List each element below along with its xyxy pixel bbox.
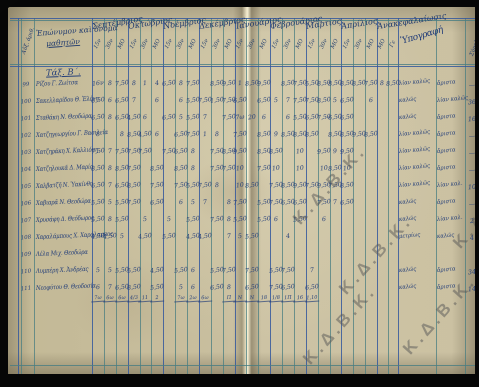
student-name: Σακελλαρίδου Θ. Ἑλένη xyxy=(36,94,99,105)
row-number: 105 xyxy=(18,183,35,191)
conduct-cell: καλῶς xyxy=(399,283,417,290)
student-name: Ρίζου Γ. Ζωίτσα xyxy=(36,78,78,88)
total-cell: 2 xyxy=(150,295,164,303)
column-rule xyxy=(151,18,152,374)
column-rule xyxy=(163,18,164,374)
student-name: Σταθάκη Ν. Θεοδώρα xyxy=(36,112,92,122)
row-number: 107 xyxy=(18,217,35,225)
column-rule xyxy=(235,18,236,374)
row-number: 104 xyxy=(18,166,35,174)
conduct-cell: καλῶς xyxy=(399,266,417,273)
total-cell: 6ω xyxy=(198,295,212,303)
ledger-paper: Αὔξ. ἀριθ.Ἐπώνυμον καὶ ὄνομαμαθητῶνΣεπτέ… xyxy=(8,7,475,374)
row-number: 108 xyxy=(18,234,35,242)
final-cell: 16 xyxy=(465,114,475,123)
column-rule xyxy=(21,18,22,374)
conduct-cell: καλῶς xyxy=(399,113,417,120)
conduct-cell: λίαν καλῶς xyxy=(399,146,431,155)
conduct-cell: καλῶς xyxy=(399,96,417,103)
column-rule xyxy=(223,18,224,374)
row-number: 106 xyxy=(18,200,35,208)
watermark-text: Κ.Δ.Β.Κ. xyxy=(449,165,475,253)
column-rule xyxy=(294,18,295,374)
final-cell: — xyxy=(465,131,475,140)
column-rule xyxy=(175,18,176,374)
row-number: 111 xyxy=(18,285,35,293)
overall-cell: ἄριστα xyxy=(437,79,456,87)
column-rule xyxy=(270,18,271,374)
row-number: 100 xyxy=(18,98,35,106)
overall-cell: ἄριστα xyxy=(437,266,456,274)
column-rule xyxy=(104,18,105,374)
sum-column-header: Σύνολον xyxy=(469,32,475,57)
conduct-cell: λίαν καλῶς xyxy=(399,180,431,189)
column-rule xyxy=(34,18,35,374)
scanned-ledger-page: Αὔξ. ἀριθ.Ἐπώνυμον καὶ ὄνομαμαθητῶνΣεπτέ… xyxy=(0,0,479,387)
student-name: Χαβιαρᾶ Ν. Θεοδώρα xyxy=(36,197,91,207)
conduct-cell: λίαν καλῶς xyxy=(399,163,431,172)
name-column-header: μαθητῶν xyxy=(36,36,90,49)
student-name: Χρυσάφη Δ. Θεόδωρος xyxy=(36,214,94,224)
column-rule xyxy=(246,18,247,374)
total-cell: 1,10 xyxy=(304,295,318,303)
student-name: Χατζηλουκᾶ Δ. Μαρία xyxy=(36,163,94,173)
column-rule xyxy=(365,18,366,374)
column-rule xyxy=(258,18,259,374)
overall-cell: λίαν καλῶς xyxy=(437,95,469,104)
row-number: 101 xyxy=(18,115,35,123)
column-rule xyxy=(116,18,117,374)
student-name: Χαλβατζῆ Ν. Ὑακίνθη xyxy=(36,180,93,190)
column-rule xyxy=(187,18,188,374)
conduct-cell: λίαν καλῶς xyxy=(399,129,431,138)
section-title: Τάξ. Β΄. xyxy=(46,67,81,78)
final-cell: — xyxy=(465,148,475,157)
final-cell: 10 xyxy=(465,182,475,191)
conduct-cell: λίαν καλῶς xyxy=(399,78,431,87)
final-cell: — xyxy=(465,199,475,208)
overall-cell: λίαν καλ. xyxy=(437,181,463,189)
final-cell: — xyxy=(465,165,475,174)
overall-cell: λίαν καλ. xyxy=(437,215,463,223)
column-rule xyxy=(18,18,19,374)
row-number: 109 xyxy=(18,251,35,259)
column-rule xyxy=(199,18,200,374)
final-cell: 36 xyxy=(465,97,475,106)
overall-cell: ἄριστα xyxy=(437,113,456,121)
conduct-cell: καλῶς xyxy=(399,198,417,205)
column-rule xyxy=(282,18,283,374)
row-rule xyxy=(10,365,475,366)
column-rule xyxy=(377,18,378,374)
student-name: Λέλα Μιχ. Θεοδώρα xyxy=(36,248,88,258)
row-number: 110 xyxy=(18,268,35,276)
column-rule xyxy=(388,18,389,374)
overall-cell: ἄριστα xyxy=(437,164,456,172)
row-number: 103 xyxy=(18,149,35,157)
overall-cell: ἄριστα xyxy=(437,147,456,155)
column-rule xyxy=(140,18,141,374)
row-number: 102 xyxy=(18,132,35,140)
column-rule xyxy=(211,18,212,374)
final-cell: — xyxy=(465,80,475,89)
student-name: Χατζηράκη Χ. Καλλιόπη xyxy=(36,145,98,156)
overall-cell: ἄριστα xyxy=(437,198,456,206)
row-rule xyxy=(10,66,475,67)
column-rule xyxy=(92,18,93,374)
row-number: 99 xyxy=(18,81,35,89)
column-rule xyxy=(128,18,129,374)
column-rule xyxy=(465,18,466,374)
overall-cell: ἄριστα xyxy=(437,130,456,138)
signature-scrawl: Ὑπογραφή xyxy=(399,25,444,47)
column-rule xyxy=(398,18,399,374)
